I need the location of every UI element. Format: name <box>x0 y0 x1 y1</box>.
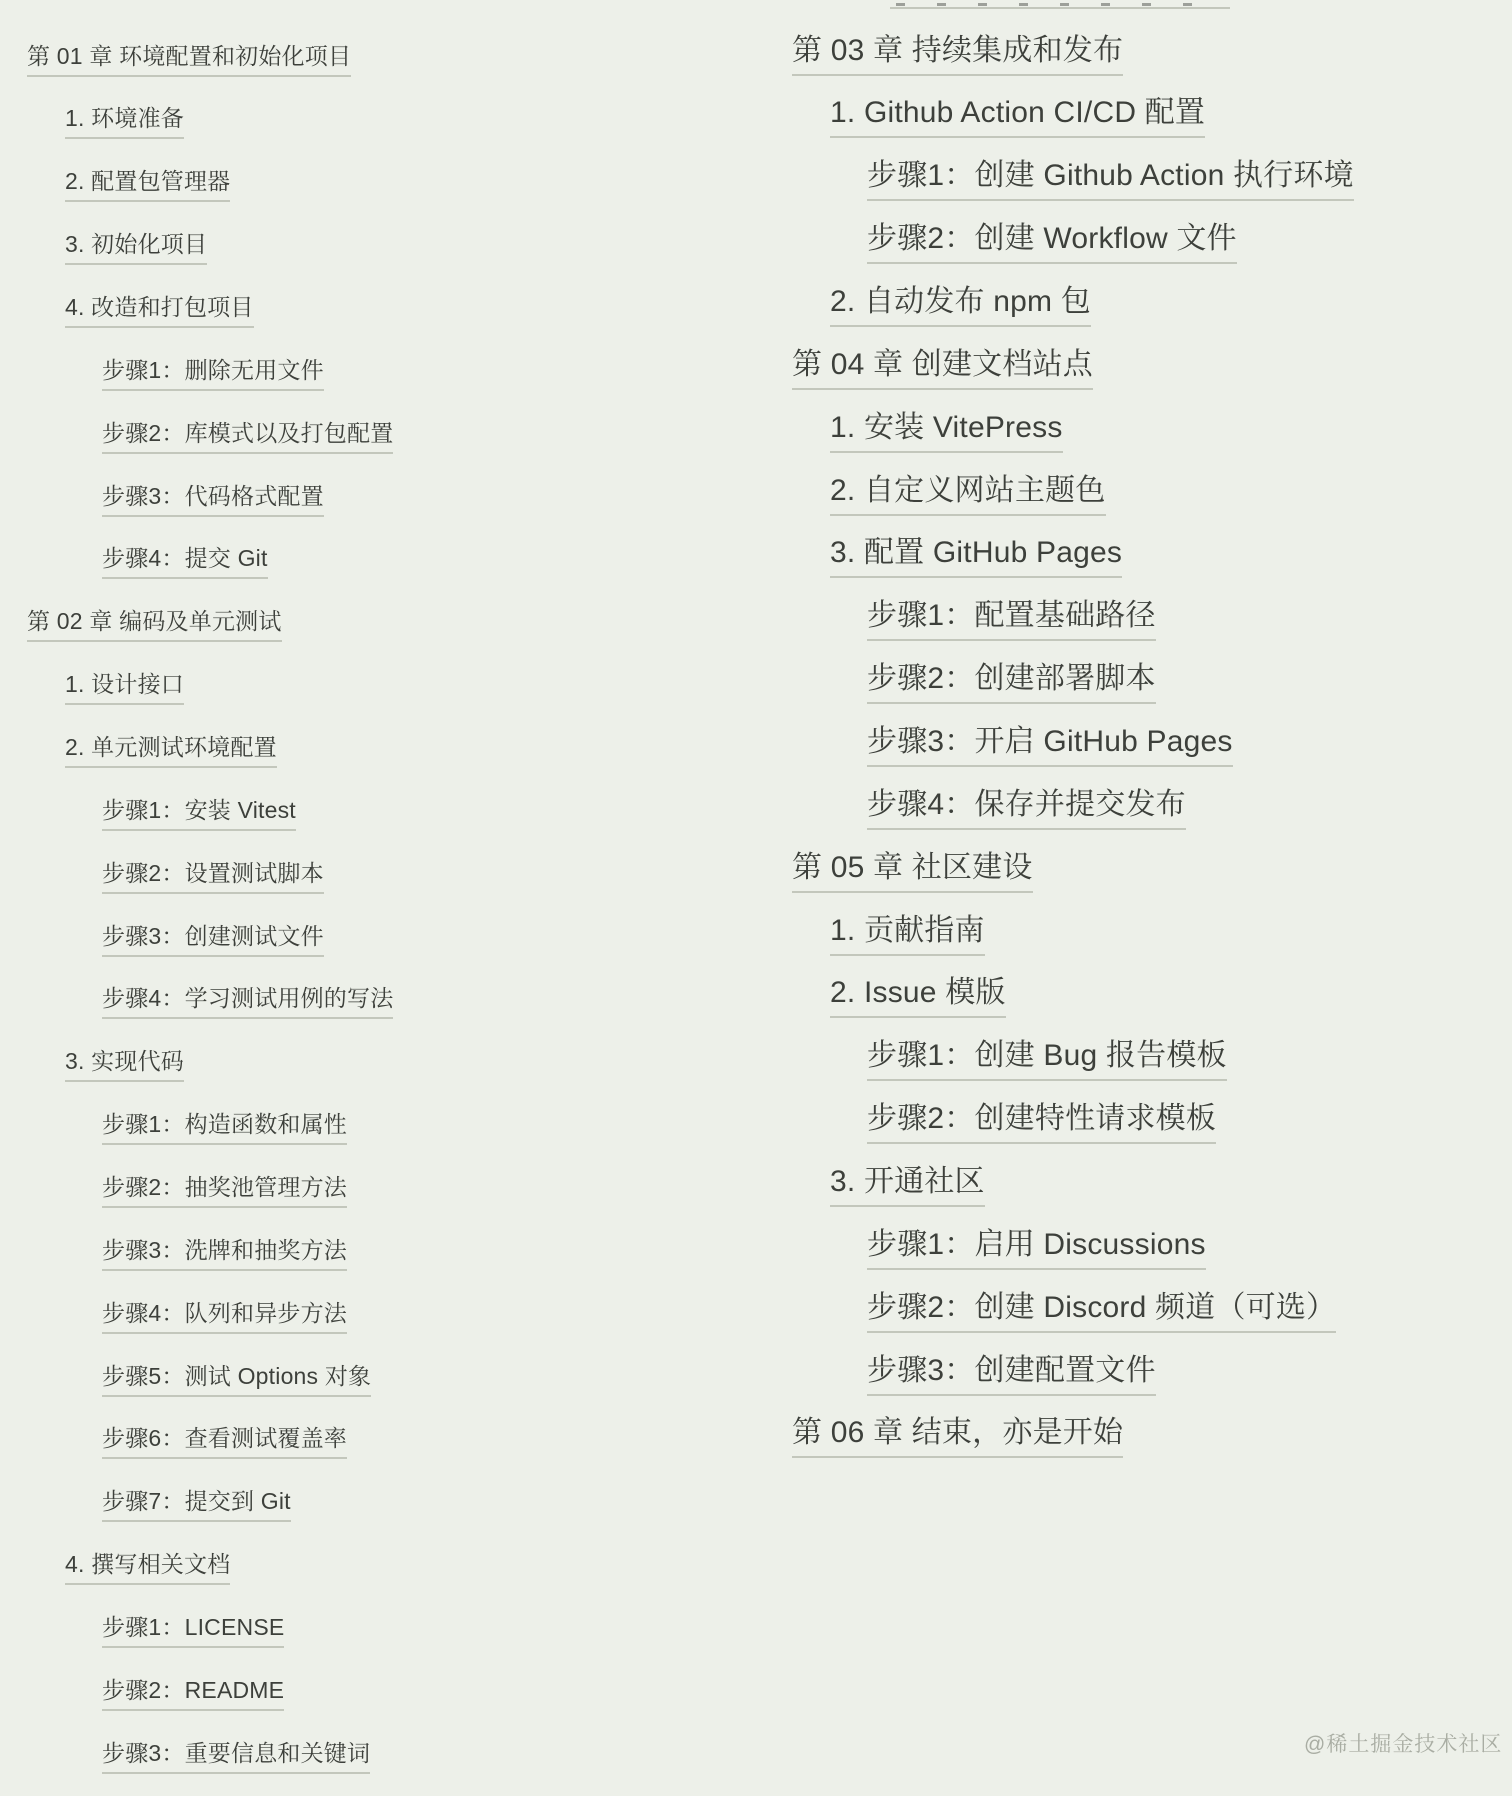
toc-step-link[interactable]: 步骤7：提交到 Git <box>102 1483 291 1522</box>
toc-section-link[interactable]: 3. 配置 GitHub Pages <box>830 527 1122 578</box>
toc-item: 4. 撰写相关文档 <box>27 1534 667 1597</box>
toc-item: 3. 初始化项目 <box>27 214 667 277</box>
toc-item: 步骤4：保存并提交发布 <box>792 773 1502 836</box>
toc-step-link[interactable]: 步骤1：启用 Discussions <box>867 1219 1206 1270</box>
toc-chapter-link[interactable]: 第 02 章 编码及单元测试 <box>27 603 282 642</box>
toc-item: 1. 环境准备 <box>27 88 667 151</box>
toc-item: 步骤2：创建 Workflow 文件 <box>792 207 1502 270</box>
toc-chapter-link[interactable]: 第 06 章 结束，亦是开始 <box>792 1407 1123 1458</box>
toc-step-link[interactable]: 步骤6：查看测试覆盖率 <box>102 1420 347 1459</box>
toc-item: 步骤2：抽奖池管理方法 <box>27 1157 667 1220</box>
toc-step-link[interactable]: 步骤2：README <box>102 1672 284 1711</box>
toc-page: 第 01 章 环境配置和初始化项目1. 环境准备2. 配置包管理器3. 初始化项… <box>0 0 1512 1796</box>
toc-chapter-link[interactable]: 第 05 章 社区建设 <box>792 842 1033 893</box>
watermark: @稀土掘金技术社区 <box>1304 1728 1502 1758</box>
toc-item: 步骤7：提交到 Git <box>27 1471 667 1534</box>
toc-step-link[interactable]: 步骤1：配置基础路径 <box>867 590 1156 641</box>
toc-item: 步骤3：创建配置文件 <box>792 1339 1502 1402</box>
toc-item: 步骤1：LICENSE <box>27 1597 667 1660</box>
toc-column-left: 第 01 章 环境配置和初始化项目1. 环境准备2. 配置包管理器3. 初始化项… <box>27 26 667 1786</box>
toc-item: 3. 实现代码 <box>27 1031 667 1094</box>
toc-item: 步骤4：学习测试用例的写法 <box>27 968 667 1031</box>
toc-section-link[interactable]: 1. 设计接口 <box>65 666 184 705</box>
toc-item: 第 05 章 社区建设 <box>792 836 1502 899</box>
toc-item: 第 02 章 编码及单元测试 <box>27 591 667 654</box>
toc-item: 1. 安装 VitePress <box>792 396 1502 459</box>
toc-step-link[interactable]: 步骤1：LICENSE <box>102 1609 284 1648</box>
toc-section-link[interactable]: 4. 改造和打包项目 <box>65 289 254 328</box>
toc-step-link[interactable]: 步骤1：创建 Bug 报告模板 <box>867 1030 1227 1081</box>
toc-step-link[interactable]: 步骤1：安装 Vitest <box>102 792 296 831</box>
toc-item: 步骤1：配置基础路径 <box>792 584 1502 647</box>
toc-step-link[interactable]: 步骤2：创建部署脚本 <box>867 653 1156 704</box>
toc-section-link[interactable]: 3. 初始化项目 <box>65 226 207 265</box>
toc-step-link[interactable]: 步骤2：创建 Discord 频道（可选） <box>867 1282 1336 1333</box>
toc-item: 步骤1：构造函数和属性 <box>27 1094 667 1157</box>
toc-chapter-link[interactable]: 第 03 章 持续集成和发布 <box>792 25 1123 76</box>
toc-step-link[interactable]: 步骤2：创建 Workflow 文件 <box>867 213 1237 264</box>
toc-step-link[interactable]: 步骤4：队列和异步方法 <box>102 1295 347 1334</box>
toc-section-link[interactable]: 1. 安装 VitePress <box>830 402 1063 453</box>
toc-step-link[interactable]: 步骤1：创建 Github Action 执行环境 <box>867 150 1354 201</box>
truncated-link-glyph-remnants <box>896 3 1196 6</box>
toc-item: 步骤3：重要信息和关键词 <box>27 1723 667 1786</box>
toc-section-link[interactable]: 2. 配置包管理器 <box>65 163 230 202</box>
toc-section-link[interactable]: 4. 撰写相关文档 <box>65 1546 230 1585</box>
toc-step-link[interactable]: 步骤2：创建特性请求模板 <box>867 1093 1216 1144</box>
truncated-link-underline[interactable] <box>890 0 1230 9</box>
toc-step-link[interactable]: 步骤2：抽奖池管理方法 <box>102 1169 347 1208</box>
toc-item: 步骤2：设置测试脚本 <box>27 843 667 906</box>
toc-item: 步骤3：开启 GitHub Pages <box>792 710 1502 773</box>
toc-step-link[interactable]: 步骤1：构造函数和属性 <box>102 1106 347 1145</box>
toc-item: 步骤5：测试 Options 对象 <box>27 1346 667 1409</box>
toc-item: 2. 配置包管理器 <box>27 151 667 214</box>
toc-step-link[interactable]: 步骤3：创建测试文件 <box>102 918 324 957</box>
toc-item: 3. 配置 GitHub Pages <box>792 521 1502 584</box>
toc-item: 步骤6：查看测试覆盖率 <box>27 1409 667 1472</box>
toc-item: 步骤2：创建 Discord 频道（可选） <box>792 1276 1502 1339</box>
toc-item: 第 03 章 持续集成和发布 <box>792 19 1502 82</box>
toc-chapter-link[interactable]: 第 01 章 环境配置和初始化项目 <box>27 38 351 77</box>
toc-item: 1. Github Action CI/CD 配置 <box>792 81 1502 144</box>
toc-item: 步骤1：创建 Github Action 执行环境 <box>792 144 1502 207</box>
toc-section-link[interactable]: 2. Issue 模版 <box>830 967 1006 1018</box>
toc-section-link[interactable]: 1. 贡献指南 <box>830 905 985 956</box>
toc-item: 第 01 章 环境配置和初始化项目 <box>27 26 667 89</box>
toc-step-link[interactable]: 步骤1：删除无用文件 <box>102 352 324 391</box>
toc-item: 步骤2：库模式以及打包配置 <box>27 403 667 466</box>
toc-chapter-link[interactable]: 第 04 章 创建文档站点 <box>792 339 1093 390</box>
toc-column-right: 第 03 章 持续集成和发布1. Github Action CI/CD 配置步… <box>792 19 1502 1465</box>
toc-item: 第 04 章 创建文档站点 <box>792 333 1502 396</box>
toc-step-link[interactable]: 步骤4：学习测试用例的写法 <box>102 980 393 1019</box>
toc-item: 2. 单元测试环境配置 <box>27 717 667 780</box>
toc-item: 步骤1：删除无用文件 <box>27 340 667 403</box>
toc-step-link[interactable]: 步骤5：测试 Options 对象 <box>102 1358 371 1397</box>
toc-section-link[interactable]: 2. 自动发布 npm 包 <box>830 276 1091 327</box>
toc-item: 2. 自定义网站主题色 <box>792 459 1502 522</box>
toc-item: 4. 改造和打包项目 <box>27 277 667 340</box>
toc-item: 2. Issue 模版 <box>792 961 1502 1024</box>
toc-item: 步骤1：创建 Bug 报告模板 <box>792 1024 1502 1087</box>
toc-item: 步骤2：README <box>27 1660 667 1723</box>
toc-item: 1. 设计接口 <box>27 654 667 717</box>
toc-section-link[interactable]: 2. 单元测试环境配置 <box>65 729 277 768</box>
toc-step-link[interactable]: 步骤4：提交 Git <box>102 540 268 579</box>
toc-item: 2. 自动发布 npm 包 <box>792 270 1502 333</box>
toc-section-link[interactable]: 3. 开通社区 <box>830 1156 985 1207</box>
toc-step-link[interactable]: 步骤2：设置测试脚本 <box>102 855 324 894</box>
toc-step-link[interactable]: 步骤2：库模式以及打包配置 <box>102 415 393 454</box>
toc-step-link[interactable]: 步骤3：创建配置文件 <box>867 1345 1156 1396</box>
toc-section-link[interactable]: 3. 实现代码 <box>65 1043 184 1082</box>
toc-step-link[interactable]: 步骤3：代码格式配置 <box>102 478 324 517</box>
toc-item: 步骤3：洗牌和抽奖方法 <box>27 1220 667 1283</box>
toc-item: 步骤4：提交 Git <box>27 528 667 591</box>
toc-item: 步骤4：队列和异步方法 <box>27 1283 667 1346</box>
toc-item: 步骤3：代码格式配置 <box>27 466 667 529</box>
toc-item: 步骤3：创建测试文件 <box>27 906 667 969</box>
toc-step-link[interactable]: 步骤3：开启 GitHub Pages <box>867 716 1233 767</box>
toc-item: 3. 开通社区 <box>792 1150 1502 1213</box>
toc-item: 步骤2：创建部署脚本 <box>792 647 1502 710</box>
toc-item: 步骤2：创建特性请求模板 <box>792 1087 1502 1150</box>
toc-section-link[interactable]: 1. 环境准备 <box>65 100 184 139</box>
toc-step-link[interactable]: 步骤3：重要信息和关键词 <box>102 1735 370 1774</box>
toc-item: 步骤1：安装 Vitest <box>27 780 667 843</box>
toc-section-link[interactable]: 1. Github Action CI/CD 配置 <box>830 87 1205 138</box>
toc-item: 第 06 章 结束，亦是开始 <box>792 1402 1502 1465</box>
toc-item: 1. 贡献指南 <box>792 899 1502 962</box>
toc-item: 步骤1：启用 Discussions <box>792 1213 1502 1276</box>
toc-section-link[interactable]: 2. 自定义网站主题色 <box>830 465 1106 516</box>
toc-step-link[interactable]: 步骤3：洗牌和抽奖方法 <box>102 1232 347 1271</box>
toc-step-link[interactable]: 步骤4：保存并提交发布 <box>867 779 1186 830</box>
